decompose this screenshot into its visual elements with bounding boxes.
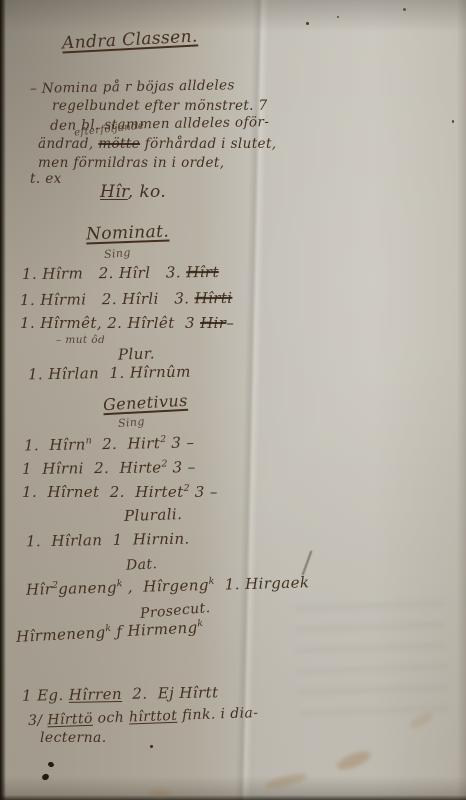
- manuscript-photo: Andra Classen. – Nomina på r böjas allde…: [0, 0, 466, 800]
- declension-row-gen-plural: 1. Hîrlan 1 Hirnin.: [26, 530, 190, 551]
- photo-edge-bottom: [0, 795, 466, 800]
- ink-speck: [337, 16, 339, 18]
- scratch-mark: [302, 550, 313, 575]
- declension-row-nom-1: 1. Hîrm 2. Hîrl 3. Hîrt: [22, 263, 219, 283]
- footnote-line-3: lecterna.: [40, 730, 107, 746]
- declension-row-prosecutive: Hîrmenengk ƒ Hirmengk: [16, 618, 204, 646]
- page-title: Andra Classen.: [62, 26, 199, 53]
- ink-speck: [41, 773, 50, 782]
- intro-line-1: – Nomina på r böjas alldeles: [30, 77, 235, 97]
- footnote-line-1: 1 Eg. Hîrren 2. Ej Hîrtt: [22, 683, 219, 704]
- stain: [150, 790, 170, 798]
- declension-row-gen-3: 1. Hîrnet 2. Hirtet2 3 –: [22, 483, 218, 501]
- declension-row-nom-3: 1. Hîrmêt, 2. Hîrlêt 3 Hir–: [20, 314, 234, 332]
- stain: [335, 748, 373, 774]
- declension-row-dative: Hîr2ganengk , Hîrgengk 1. Hirgaek: [26, 573, 310, 598]
- ink-speck: [47, 761, 54, 768]
- footnote-line-2: 3/ Hîrttö och hîrttot fink. i dia-: [28, 705, 259, 729]
- section-heading-nominative: Nominat.: [86, 222, 170, 245]
- section-heading-genitive: Genetivus: [103, 391, 189, 414]
- subheading-plural-nom: Plur.: [118, 344, 155, 363]
- marginal-note-mut-od: – mut ôd: [56, 334, 105, 346]
- number-label-singular-nom: Sing: [103, 246, 131, 261]
- declension-row-nom-2: 1. Hîrmi 2. Hîrli 3. Hîrti: [20, 289, 233, 309]
- section-heading-dative: Dat.: [126, 556, 158, 574]
- ink-speck: [306, 22, 309, 25]
- ink-speck: [403, 8, 406, 11]
- intro-line-2: regelbundet efter mönstret. 7: [52, 98, 268, 114]
- intro-line-5: men förmildras in i ordet,: [38, 155, 224, 171]
- bleedthrough-ghost: [294, 585, 448, 720]
- declension-row-nom-plural: 1. Hîrlan 1. Hîrnûm: [28, 363, 191, 384]
- subheading-plural-gen: Plurali.: [124, 505, 183, 525]
- declension-row-gen-1: 1. Hîrnn 2. Hirt2 3 –: [24, 434, 195, 455]
- declension-row-gen-2: 1 Hîrni 2. Hirte2 3 –: [22, 458, 196, 478]
- photo-edge-left: [0, 0, 6, 800]
- example-word: Hîr, ko.: [100, 182, 166, 202]
- ink-speck: [452, 120, 454, 123]
- intro-line-6: t. ex: [30, 171, 62, 187]
- ink-speck: [150, 745, 153, 748]
- intro-line-4: ändrad, mötte förhårdad i slutet,: [38, 136, 276, 152]
- number-label-singular-gen: Sing: [117, 415, 145, 430]
- stain: [263, 771, 308, 791]
